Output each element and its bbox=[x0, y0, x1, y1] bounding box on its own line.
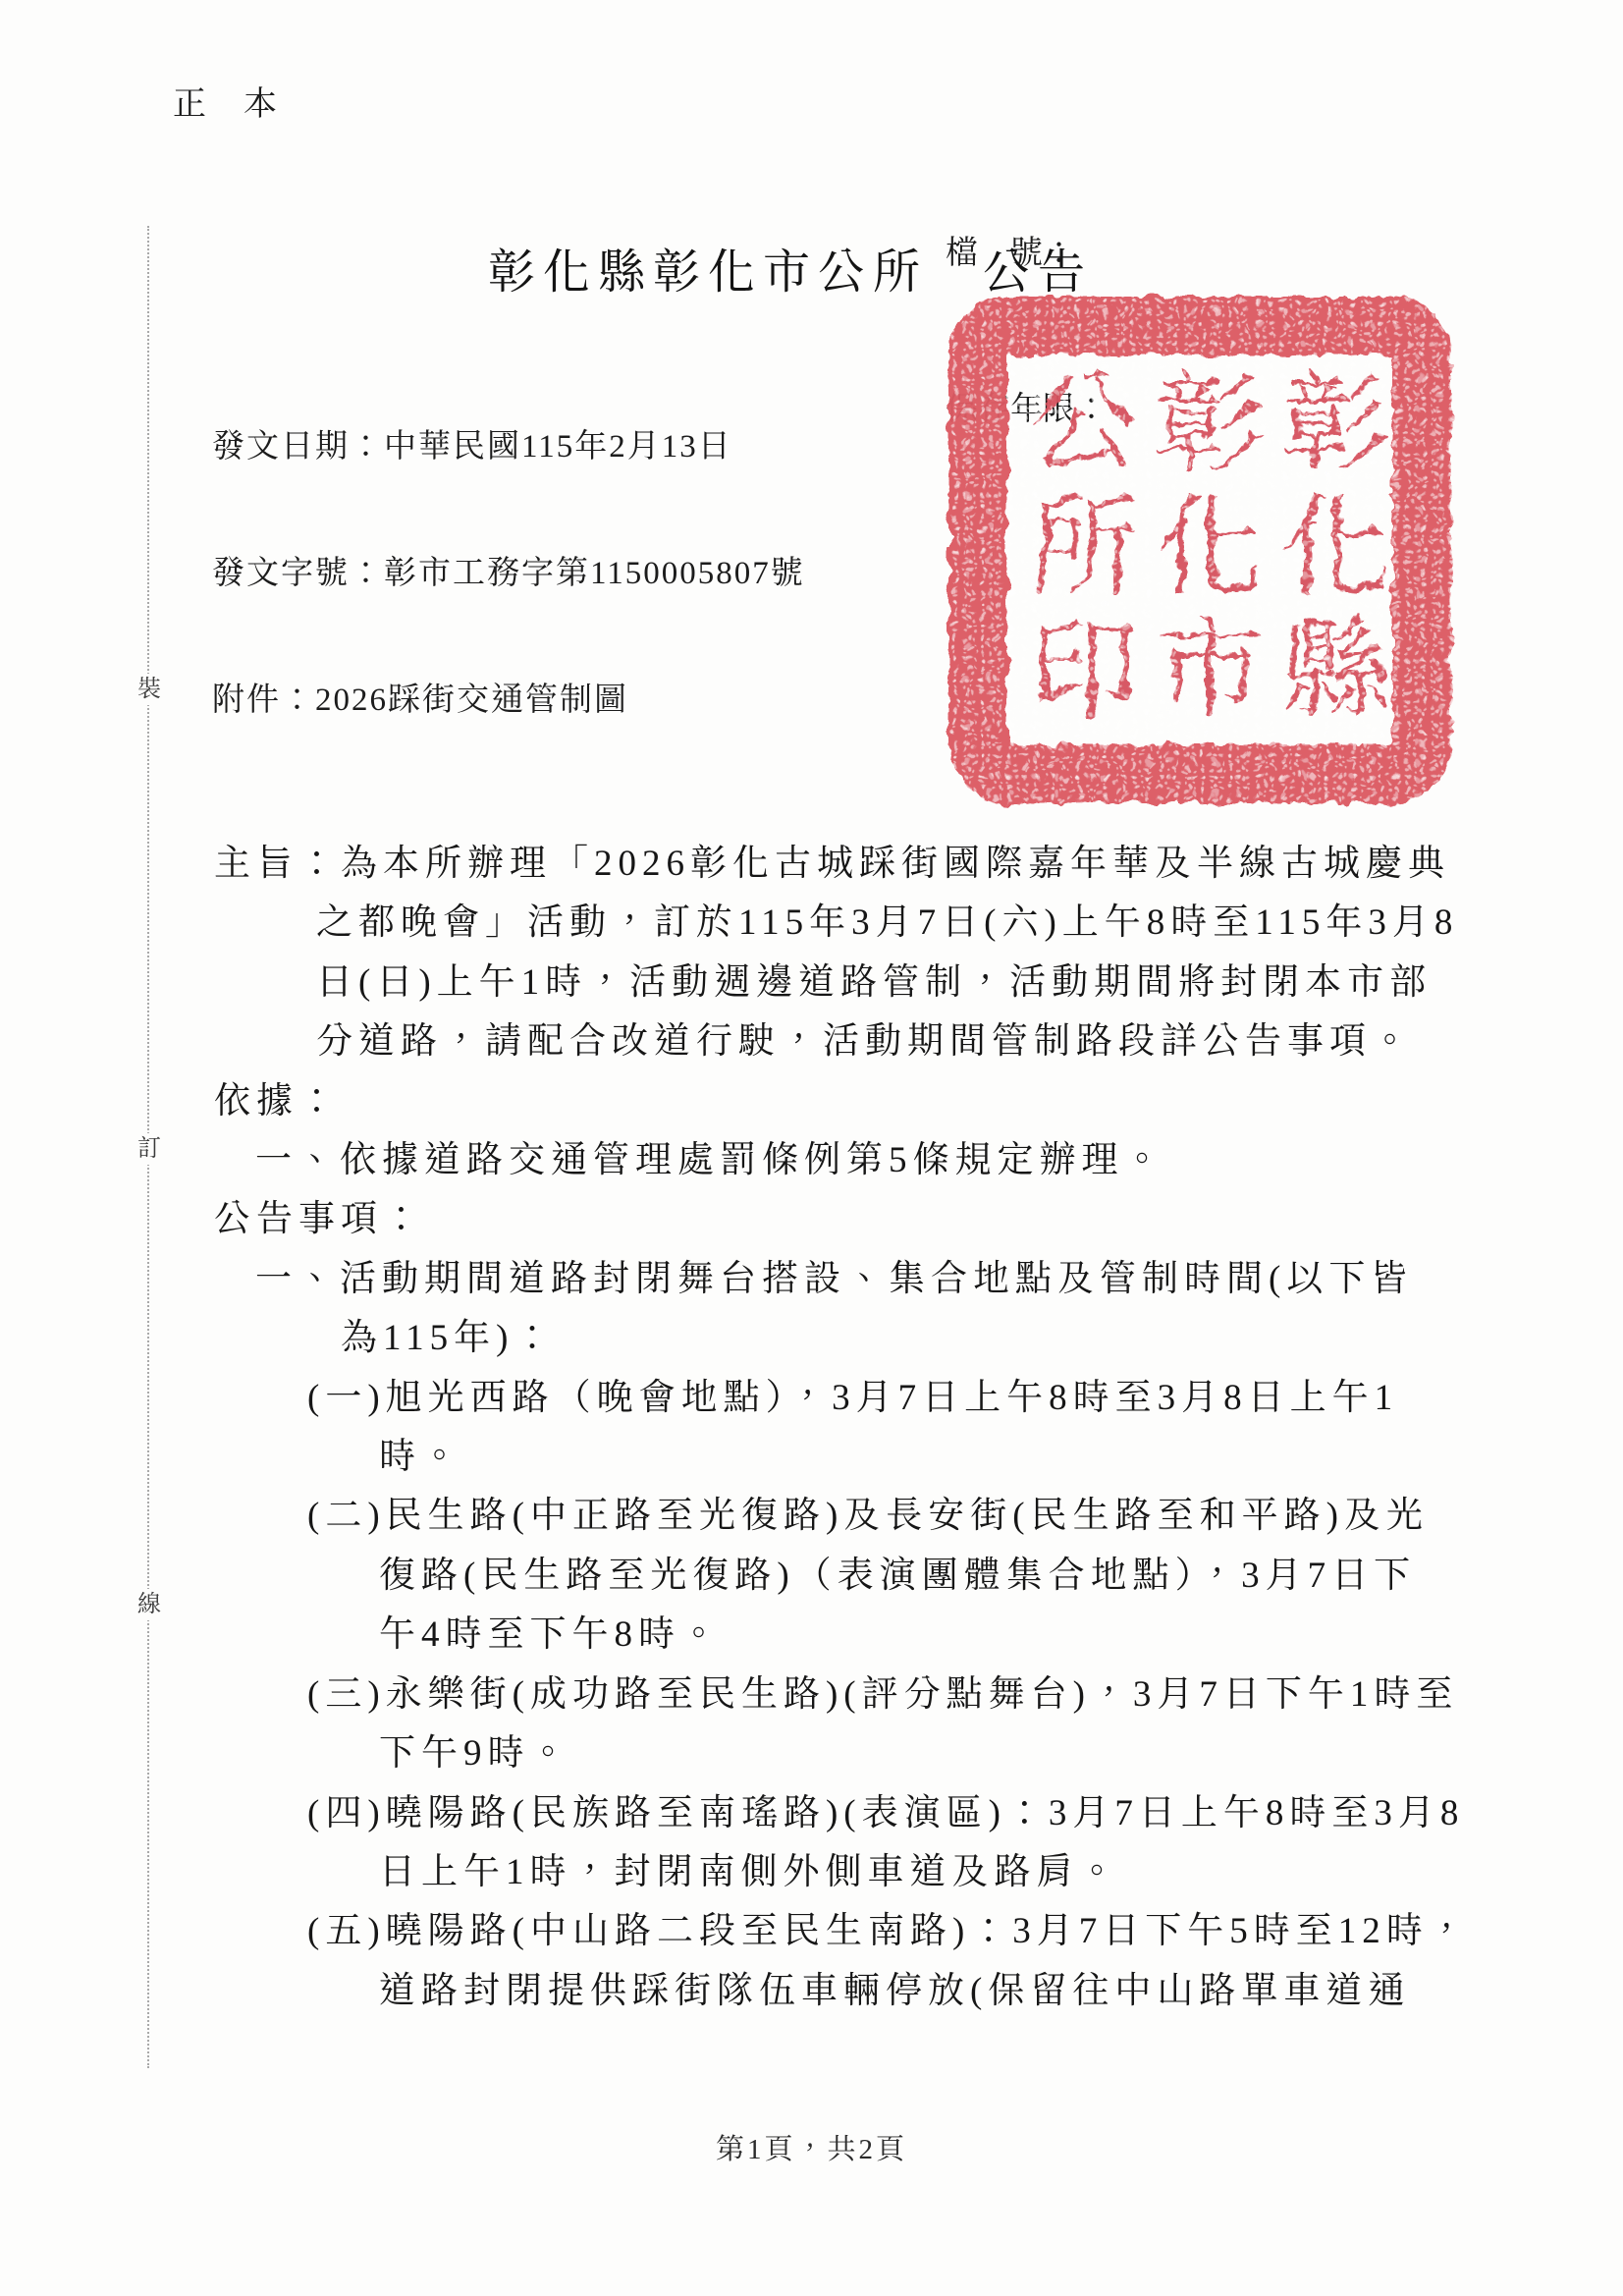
body-line: 一、依據道路交通管理處罰條例第5條規定辦理。 bbox=[0, 1131, 1584, 1190]
body-line: 日上午1時，封閉南側外側車道及路肩。 bbox=[0, 1843, 1584, 1902]
attachment-note: 附件：2026踩街交通管制圖 bbox=[212, 680, 805, 722]
body-line: 為115年)： bbox=[0, 1309, 1584, 1368]
body-line: 下午9時。 bbox=[0, 1724, 1584, 1783]
body-line: (一)旭光西路（晚會地點），3月7日上午8時至3月8日上午1 bbox=[0, 1369, 1584, 1428]
body-line: 分道路，請配合改道行駛，活動期間管制路段詳公告事項。 bbox=[0, 1012, 1584, 1071]
body-line: 時。 bbox=[0, 1428, 1584, 1487]
body-line: 日(日)上午1時，活動週邊道路管制，活動期間將封閉本市部 bbox=[0, 954, 1584, 1012]
body-line: (三)永樂街(成功路至民生路)(評分點舞台)，3月7日下午1時至 bbox=[0, 1666, 1584, 1724]
body-line: 復路(民生路至光復路)（表演團體集合地點），3月7日下 bbox=[0, 1547, 1584, 1606]
body-line: 主旨：為本所辦理「2026彰化古城踩街國際嘉年華及半線古城慶典 bbox=[0, 835, 1584, 894]
seal-column: 彰化市 bbox=[1139, 364, 1261, 736]
body-line: (五)曉陽路(中山路二段至民生南路)：3月7日下午5時至12時， bbox=[0, 1902, 1584, 1961]
binding-mark-zhuang: 裝 bbox=[136, 674, 162, 705]
document-title: 彰化縣彰化市公所 公告 bbox=[488, 234, 1093, 301]
seal-column: 彰化縣 bbox=[1265, 364, 1386, 736]
body-line: 公告事項： bbox=[0, 1190, 1584, 1249]
body-line: (二)民生路(中正路至光復路)及長安街(民生路至和平路)及光 bbox=[0, 1487, 1584, 1546]
copy-type-label: 正 本 bbox=[173, 77, 279, 125]
scanned-announcement-page: 裝 訂 線 正 本 檔 號： 保存年限： 彰化縣彰化市公所 公告 發文日期：中華… bbox=[0, 0, 1623, 2296]
body-line: (四)曉陽路(民族路至南瑤路)(表演區)：3月7日上午8時至3月8 bbox=[0, 1784, 1584, 1843]
seal-characters: 彰化縣彰化市公所印 bbox=[1007, 355, 1392, 744]
seal-column: 公所印 bbox=[1013, 364, 1135, 736]
official-seal: 彰化縣彰化市公所印 bbox=[948, 297, 1451, 803]
body-line: 午4時至下午8時。 bbox=[0, 1606, 1584, 1665]
body-line: 依據： bbox=[0, 1072, 1584, 1131]
issue-number: 發文字號：彰市工務字第1150005807號 bbox=[212, 553, 805, 595]
document-meta: 發文日期：中華民國115年2月13日 發文字號：彰市工務字第1150005807… bbox=[212, 342, 805, 806]
body-line: 之都晚會」活動，訂於115年3月7日(六)上午8時至115年3月8 bbox=[0, 894, 1584, 953]
announcement-body: 主旨：為本所辦理「2026彰化古城踩街國際嘉年華及半線古城慶典之都晚會」活動，訂… bbox=[0, 835, 1584, 2021]
issue-date: 發文日期：中華民國115年2月13日 bbox=[212, 426, 805, 468]
body-line: 一、活動期間道路封閉舞台搭設、集合地點及管制時間(以下皆 bbox=[0, 1250, 1584, 1309]
page-number: 第1頁，共2頁 bbox=[0, 2127, 1623, 2167]
body-line: 道路封閉提供踩街隊伍車輛停放(保留往中山路單車道通 bbox=[0, 1962, 1584, 2021]
